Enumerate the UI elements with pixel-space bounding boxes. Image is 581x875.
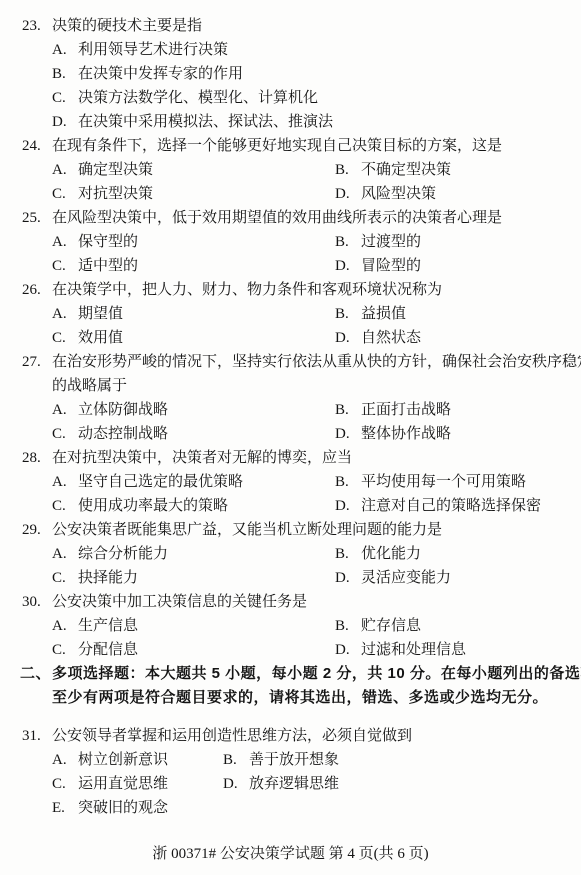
option-text: 冒险型的 xyxy=(361,258,421,274)
option-label: A. xyxy=(52,38,78,62)
option-text: 期望值 xyxy=(78,306,123,322)
option-label: A. xyxy=(52,470,78,494)
option-label: A. xyxy=(52,748,78,772)
option-label: C. xyxy=(52,182,78,206)
option: A.利用领导艺术进行决策 xyxy=(52,38,228,62)
option-text: 不确定型决策 xyxy=(361,162,451,178)
option-label: D. xyxy=(335,638,361,662)
option-label: D. xyxy=(335,326,361,350)
option: C.抉择能力 xyxy=(52,566,138,590)
question-number: 28. xyxy=(22,446,41,470)
question-stem: 在决策学中，把人力、财力、物力条件和客观环境状况称为 xyxy=(52,278,442,302)
question-26: 26. 在决策学中，把人力、财力、物力条件和客观环境状况称为 xyxy=(0,278,581,302)
option-label: D. xyxy=(335,566,361,590)
option: A.保守型的 xyxy=(52,230,138,254)
option-text: 贮存信息 xyxy=(361,618,421,634)
question-29-options-ab: A.综合分析能力 B.优化能力 xyxy=(0,542,581,566)
option: B.平均使用每一个可用策略 xyxy=(335,470,526,494)
option-label: D. xyxy=(335,182,361,206)
option: B.在决策中发挥专家的作用 xyxy=(52,62,243,86)
question-25-options-ab: A.保守型的 B.过渡型的 xyxy=(0,230,581,254)
question-29-options-cd: C.抉择能力 D.灵活应变能力 xyxy=(0,566,581,590)
option: B.益损值 xyxy=(335,302,406,326)
question-stem: 在风险型决策中，低于效用期望值的效用曲线所表示的决策者心理是 xyxy=(52,206,502,230)
section-title: 多项选择题：本大题共 5 小题，每小题 2 分，共 10 分。在每小题列出的备选… xyxy=(52,662,581,686)
question-number: 27. xyxy=(22,350,41,374)
option-label: B. xyxy=(223,748,249,772)
option-label: A. xyxy=(52,398,78,422)
question-stem: 决策的硬技术主要是指 xyxy=(52,14,202,38)
spacer xyxy=(0,710,581,724)
option-text: 在决策中采用模拟法、探试法、推演法 xyxy=(78,114,333,130)
question-27-stem-continued: 的战略属于 xyxy=(0,374,581,398)
option-label: B. xyxy=(335,398,361,422)
page-footer: 浙 00371# 公安决策学试题 第 4 页(共 6 页) xyxy=(0,842,581,866)
question-stem: 在现有条件下，选择一个能够更好地实现自己决策目标的方案，这是 xyxy=(52,134,502,158)
option-text: 适中型的 xyxy=(78,258,138,274)
exam-content: 23. 决策的硬技术主要是指 A.利用领导艺术进行决策 B.在决策中发挥专家的作… xyxy=(0,0,581,866)
option: A.立体防御战略 xyxy=(52,398,168,422)
option-text: 动态控制战略 xyxy=(78,426,168,442)
question-number: 29. xyxy=(22,518,41,542)
question-30: 30. 公安决策中加工决策信息的关键任务是 xyxy=(0,590,581,614)
question-23-option-b: B.在决策中发挥专家的作用 xyxy=(0,62,581,86)
option-text: 突破旧的观念 xyxy=(78,800,168,816)
option: A.综合分析能力 xyxy=(52,542,168,566)
question-28-options-cd: C.使用成功率最大的策略 D.注意对自己的策略选择保密 xyxy=(0,494,581,518)
option: B.正面打击战略 xyxy=(335,398,451,422)
option-text: 立体防御战略 xyxy=(78,402,168,418)
question-number: 25. xyxy=(22,206,41,230)
question-27: 27. 在治安形势严峻的情况下，坚持实行依法从重从快的方针，确保社会治安秩序稳定 xyxy=(0,350,581,374)
option-label: E. xyxy=(52,796,78,820)
option: D.灵活应变能力 xyxy=(335,566,451,590)
option-text: 决策方法数学化、模型化、计算机化 xyxy=(78,90,318,106)
option-label: B. xyxy=(335,230,361,254)
option-text: 平均使用每一个可用策略 xyxy=(361,474,526,490)
option-text: 过渡型的 xyxy=(361,234,421,250)
option-text: 树立创新意识 xyxy=(78,752,168,768)
option: B.优化能力 xyxy=(335,542,421,566)
option-text: 优化能力 xyxy=(361,546,421,562)
option: C.效用值 xyxy=(52,326,123,350)
option-text: 风险型决策 xyxy=(361,186,436,202)
section-2-header-line-2: 至少有两项是符合题目要求的，请将其选出，错选、多选或少选均无分。 xyxy=(0,686,581,710)
question-24: 24. 在现有条件下，选择一个能够更好地实现自己决策目标的方案，这是 xyxy=(0,134,581,158)
question-31-option-e: E.突破旧的观念 xyxy=(0,796,581,820)
question-26-options-cd: C.效用值 D.自然状态 xyxy=(0,326,581,350)
option-label: A. xyxy=(52,542,78,566)
option-label: C. xyxy=(52,566,78,590)
option-text: 灵活应变能力 xyxy=(361,570,451,586)
option: C.动态控制战略 xyxy=(52,422,168,446)
option-label: C. xyxy=(52,494,78,518)
question-28: 28. 在对抗型决策中，决策者对无解的博奕，应当 xyxy=(0,446,581,470)
question-number: 31. xyxy=(22,724,41,748)
question-29: 29. 公安决策者既能集思广益，又能当机立断处理问题的能力是 xyxy=(0,518,581,542)
option: D.过滤和处理信息 xyxy=(335,638,466,662)
question-24-options-ab: A.确定型决策 B.不确定型决策 xyxy=(0,158,581,182)
option-label: B. xyxy=(335,302,361,326)
option-label: C. xyxy=(52,254,78,278)
option-text: 益损值 xyxy=(361,306,406,322)
option: A.坚守自己选定的最优策略 xyxy=(52,470,243,494)
question-number: 26. xyxy=(22,278,41,302)
option: B.贮存信息 xyxy=(335,614,421,638)
option: D.自然状态 xyxy=(335,326,421,350)
option-label: D. xyxy=(335,422,361,446)
option-label: A. xyxy=(52,302,78,326)
option-text: 抉择能力 xyxy=(78,570,138,586)
option-label: B. xyxy=(335,614,361,638)
option-text: 坚守自己选定的最优策略 xyxy=(78,474,243,490)
question-27-options-ab: A.立体防御战略 B.正面打击战略 xyxy=(0,398,581,422)
option: A.生产信息 xyxy=(52,614,138,638)
question-31-options-ab: A.树立创新意识 B.善于放开想象 xyxy=(0,748,581,772)
option: A.确定型决策 xyxy=(52,158,153,182)
question-stem: 公安领导者掌握和运用创造性思维方法，必须自觉做到 xyxy=(52,724,412,748)
option: C.适中型的 xyxy=(52,254,138,278)
question-31: 31. 公安领导者掌握和运用创造性思维方法，必须自觉做到 xyxy=(0,724,581,748)
option: D.在决策中采用模拟法、探试法、推演法 xyxy=(52,110,333,134)
question-23-option-d: D.在决策中采用模拟法、探试法、推演法 xyxy=(0,110,581,134)
option-label: A. xyxy=(52,614,78,638)
option-text: 运用直觉思维 xyxy=(78,776,168,792)
option-label: C. xyxy=(52,326,78,350)
question-30-options-cd: C.分配信息 D.过滤和处理信息 xyxy=(0,638,581,662)
option-text: 分配信息 xyxy=(78,642,138,658)
option-text: 注意对自己的策略选择保密 xyxy=(361,498,541,514)
question-28-options-ab: A.坚守自己选定的最优策略 B.平均使用每一个可用策略 xyxy=(0,470,581,494)
question-23-option-a: A.利用领导艺术进行决策 xyxy=(0,38,581,62)
question-30-options-ab: A.生产信息 B.贮存信息 xyxy=(0,614,581,638)
option-label: B. xyxy=(335,158,361,182)
question-25: 25. 在风险型决策中，低于效用期望值的效用曲线所表示的决策者心理是 xyxy=(0,206,581,230)
question-stem: 的战略属于 xyxy=(52,374,127,398)
option-label: D. xyxy=(52,110,78,134)
option-text: 对抗型决策 xyxy=(78,186,153,202)
option-text: 生产信息 xyxy=(78,618,138,634)
option-label: A. xyxy=(52,158,78,182)
option-label: D. xyxy=(335,254,361,278)
option-label: C. xyxy=(52,86,78,110)
option: E.突破旧的观念 xyxy=(52,796,168,820)
question-26-options-ab: A.期望值 B.益损值 xyxy=(0,302,581,326)
option-text: 在决策中发挥专家的作用 xyxy=(78,66,243,82)
option-text: 确定型决策 xyxy=(78,162,153,178)
option-label: B. xyxy=(335,470,361,494)
option-text: 整体协作战略 xyxy=(361,426,451,442)
question-stem: 在治安形势严峻的情况下，坚持实行依法从重从快的方针，确保社会治安秩序稳定 xyxy=(52,350,581,374)
section-title-continued: 至少有两项是符合题目要求的，请将其选出，错选、多选或少选均无分。 xyxy=(52,686,548,710)
option: A.期望值 xyxy=(52,302,123,326)
question-31-options-cd: C.运用直觉思维 D.放弃逻辑思维 xyxy=(0,772,581,796)
option: A.树立创新意识 xyxy=(52,748,168,772)
question-number: 23. xyxy=(22,14,41,38)
option-label: B. xyxy=(335,542,361,566)
option-text: 善于放开想象 xyxy=(249,752,339,768)
question-number: 24. xyxy=(22,134,41,158)
option: B.不确定型决策 xyxy=(335,158,451,182)
option: C.运用直觉思维 xyxy=(52,772,168,796)
option: B.过渡型的 xyxy=(335,230,421,254)
option-text: 自然状态 xyxy=(361,330,421,346)
option-label: C. xyxy=(52,772,78,796)
option-text: 效用值 xyxy=(78,330,123,346)
question-23-option-c: C.决策方法数学化、模型化、计算机化 xyxy=(0,86,581,110)
option: D.冒险型的 xyxy=(335,254,421,278)
option: B.善于放开想象 xyxy=(223,748,339,772)
section-2-header-line-1: 二、 多项选择题：本大题共 5 小题，每小题 2 分，共 10 分。在每小题列出… xyxy=(0,662,581,686)
section-label: 二、 xyxy=(20,662,51,686)
option: D.注意对自己的策略选择保密 xyxy=(335,494,541,518)
option-text: 正面打击战略 xyxy=(361,402,451,418)
question-stem: 公安决策中加工决策信息的关键任务是 xyxy=(52,590,307,614)
option: C.对抗型决策 xyxy=(52,182,153,206)
question-number: 30. xyxy=(22,590,41,614)
option-label: D. xyxy=(335,494,361,518)
option: C.决策方法数学化、模型化、计算机化 xyxy=(52,86,318,110)
question-27-options-cd: C.动态控制战略 D.整体协作战略 xyxy=(0,422,581,446)
question-stem: 在对抗型决策中，决策者对无解的博奕，应当 xyxy=(52,446,352,470)
option-label: C. xyxy=(52,422,78,446)
option-text: 利用领导艺术进行决策 xyxy=(78,42,228,58)
option: C.使用成功率最大的策略 xyxy=(52,494,228,518)
exam-page: 23. 决策的硬技术主要是指 A.利用领导艺术进行决策 B.在决策中发挥专家的作… xyxy=(0,0,581,875)
question-stem: 公安决策者既能集思广益，又能当机立断处理问题的能力是 xyxy=(52,518,442,542)
option-label: C. xyxy=(52,638,78,662)
option-label: A. xyxy=(52,230,78,254)
option-text: 放弃逻辑思维 xyxy=(249,776,339,792)
option-text: 使用成功率最大的策略 xyxy=(78,498,228,514)
question-25-options-cd: C.适中型的 D.冒险型的 xyxy=(0,254,581,278)
option-label: B. xyxy=(52,62,78,86)
question-24-options-cd: C.对抗型决策 D.风险型决策 xyxy=(0,182,581,206)
option-text: 综合分析能力 xyxy=(78,546,168,562)
option-label: D. xyxy=(223,772,249,796)
option: C.分配信息 xyxy=(52,638,138,662)
option: D.放弃逻辑思维 xyxy=(223,772,339,796)
question-23: 23. 决策的硬技术主要是指 xyxy=(0,14,581,38)
option: D.整体协作战略 xyxy=(335,422,451,446)
option-text: 保守型的 xyxy=(78,234,138,250)
option-text: 过滤和处理信息 xyxy=(361,642,466,658)
option: D.风险型决策 xyxy=(335,182,436,206)
